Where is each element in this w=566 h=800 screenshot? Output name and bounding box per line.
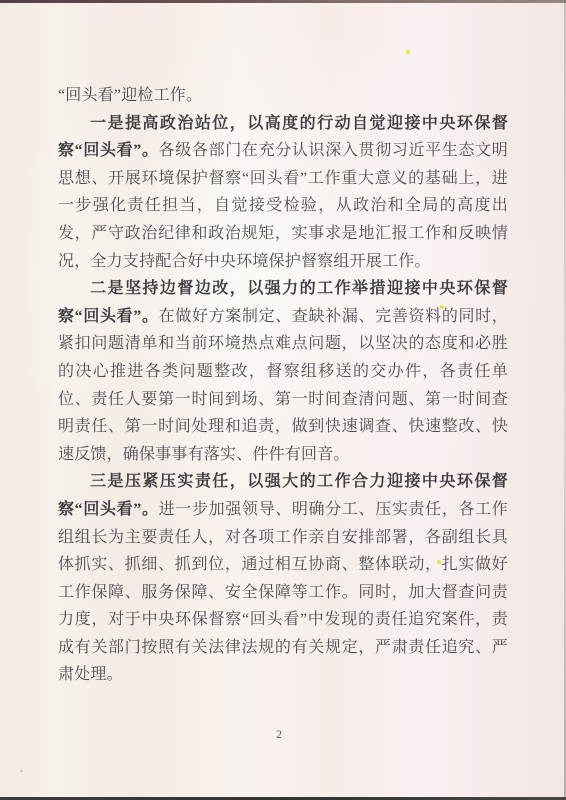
paragraph-1-body: 各级各部门在充分认识深入贯彻习近平生态文明思想、开展环境保护督察“回头看”工作重… [58,142,508,269]
page-number: 2 [0,727,558,742]
scan-edge-top [0,0,566,3]
paragraph-3-body: 进一步加强领导、明确分工、压实责任，各工作组组长为主要责任人，对各项工作亲自安排… [58,501,508,684]
scan-artifact-yellow-dot [406,50,410,54]
paragraph-3: 三是压紧压实责任，以强大的工作合力迎接中央环保督察“回头看”。进一步加强领导、明… [58,468,508,689]
scan-artifact-speck [20,770,23,772]
scan-artifact-yellow-dot [440,305,444,309]
document-body: “回头看”迎检工作。 一是提高政治站位，以高度的行动自觉迎接中央环保督察“回头看… [58,82,508,689]
scanned-page: “回头看”迎检工作。 一是提高政治站位，以高度的行动自觉迎接中央环保督察“回头看… [0,0,566,800]
scan-artifact-yellow-dot [437,560,441,564]
continuation-line: “回头看”迎检工作。 [58,82,508,110]
paragraph-2-body: 在做好方案制定、查缺补漏、完善资料的同时，紧扣问题清单和当前环境热点难点问题，以… [58,308,508,463]
paragraph-1: 一是提高政治站位，以高度的行动自觉迎接中央环保督察“回头看”。各级各部门在充分认… [58,110,508,276]
